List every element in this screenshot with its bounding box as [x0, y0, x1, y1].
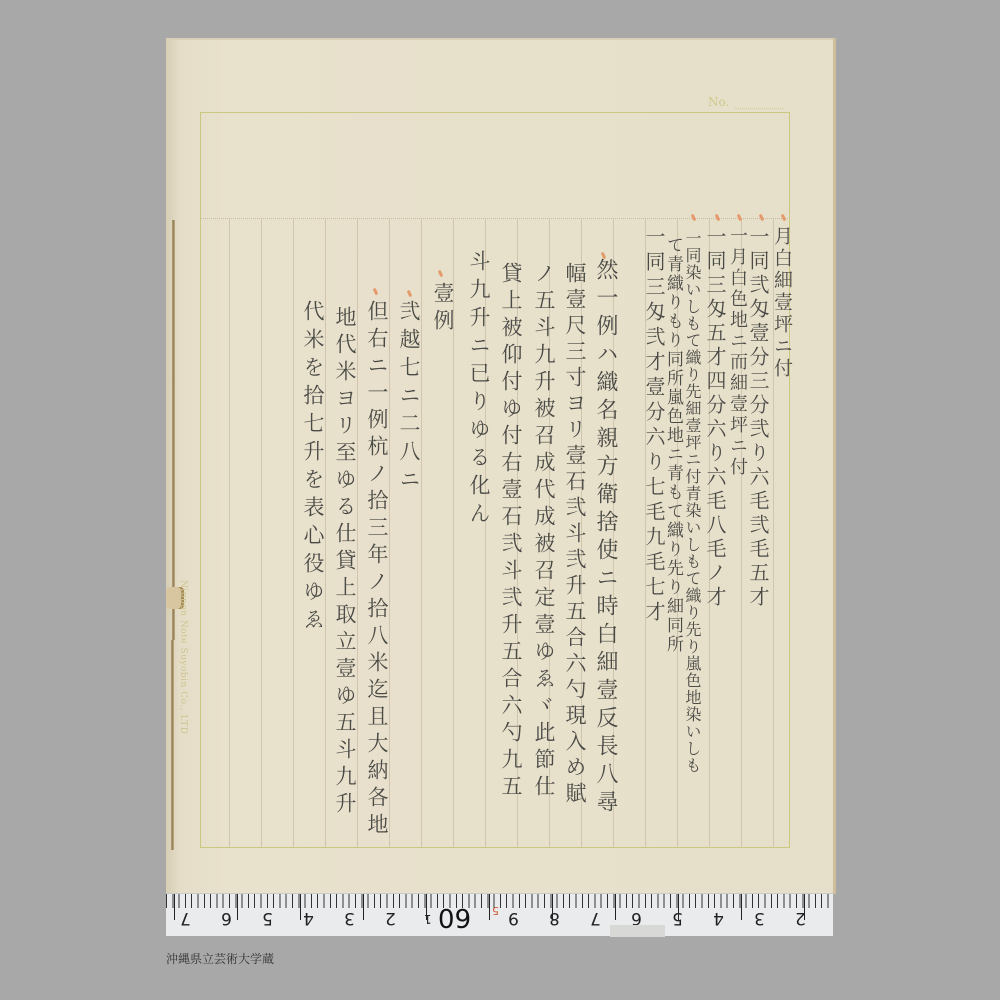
- text-column: 一同染いしもて織り先細壹坪ニ付青染いしもて織り先り嵐色地染いしも: [684, 230, 700, 774]
- text-column: 然一例ハ織名親方衛捨使ニ時白細壹反長八尋: [594, 258, 616, 818]
- ruler-label: 4: [713, 908, 724, 928]
- ruler-label: 7: [590, 908, 601, 928]
- ruler-label: 3: [344, 908, 355, 928]
- binding-thread-lower: [171, 640, 174, 850]
- text-column: 壹例: [432, 282, 453, 336]
- ruler-tape-patch: [610, 925, 665, 937]
- ruler-label: 1: [424, 912, 432, 926]
- measuring-ruler: 7 6 5 4 3 2 1 60 5 9 8 7 6 5 4 3 2: [166, 893, 833, 936]
- text-column: 一同三匁弐才壹分六り七毛九毛七才: [644, 226, 664, 626]
- text-column: て青織りもり同所嵐色地ニ青もて織り先り細同所: [664, 236, 681, 654]
- collection-caption: 沖縄県立芸術大学蔵: [166, 950, 274, 967]
- page-number-label: No.: [708, 95, 729, 109]
- binding-thread: [172, 220, 175, 640]
- text-column: ノ五斗九升被召成代成被召定壹ゆゑヾ此節仕: [533, 262, 554, 802]
- text-column: 代米を拾七升を表心役ゆゑ: [302, 300, 323, 636]
- ruler-label: 4: [303, 908, 314, 928]
- text-column: 貸上被仰付ゆ付右壹石弐斗弐升五合六勺九五: [500, 262, 521, 802]
- ruler-label: 5: [672, 908, 683, 928]
- ruler-label: 9: [508, 908, 519, 928]
- text-column: 弐越七ニ二八ニ: [398, 300, 419, 496]
- ruler-label: 3: [754, 908, 765, 928]
- text-column: 斗九升ニ已りゆる化ん: [468, 250, 489, 530]
- ruler-label: 2: [385, 908, 396, 928]
- ruler-label: 7: [180, 908, 191, 928]
- ruler-label: 5: [262, 908, 273, 928]
- text-column: 月白細壹坪ニ付: [772, 226, 791, 380]
- page-number-line: [735, 108, 783, 109]
- text-column: 地代米ヨリ至ゆる仕貸上取立壹ゆ五斗九升: [334, 306, 355, 819]
- ruler-red-label: 5: [492, 904, 499, 917]
- printer-imprint: Nippon Note Suyobin Co., LTD: [178, 580, 188, 734]
- text-column: 一月白色地ニ而細壹坪ニ付: [728, 226, 746, 478]
- text-column: 但右ニ一例杭ノ拾三年ノ拾八米迄且大納各地: [366, 300, 387, 840]
- ruler-label: 6: [221, 908, 232, 928]
- ruler-major-label: 60: [438, 902, 471, 932]
- ruler-label: 8: [549, 908, 560, 928]
- text-column: 一同弐匁壹分三分弐り六毛弐毛五才: [748, 226, 768, 610]
- text-column: 幅壹尺三寸ヨリ壹石弐斗弐升五合六勺現入め賦: [564, 262, 585, 808]
- text-column: 一同三匁五才四分六り六毛八毛ノ才: [705, 226, 725, 610]
- ruler-label: 2: [795, 908, 806, 928]
